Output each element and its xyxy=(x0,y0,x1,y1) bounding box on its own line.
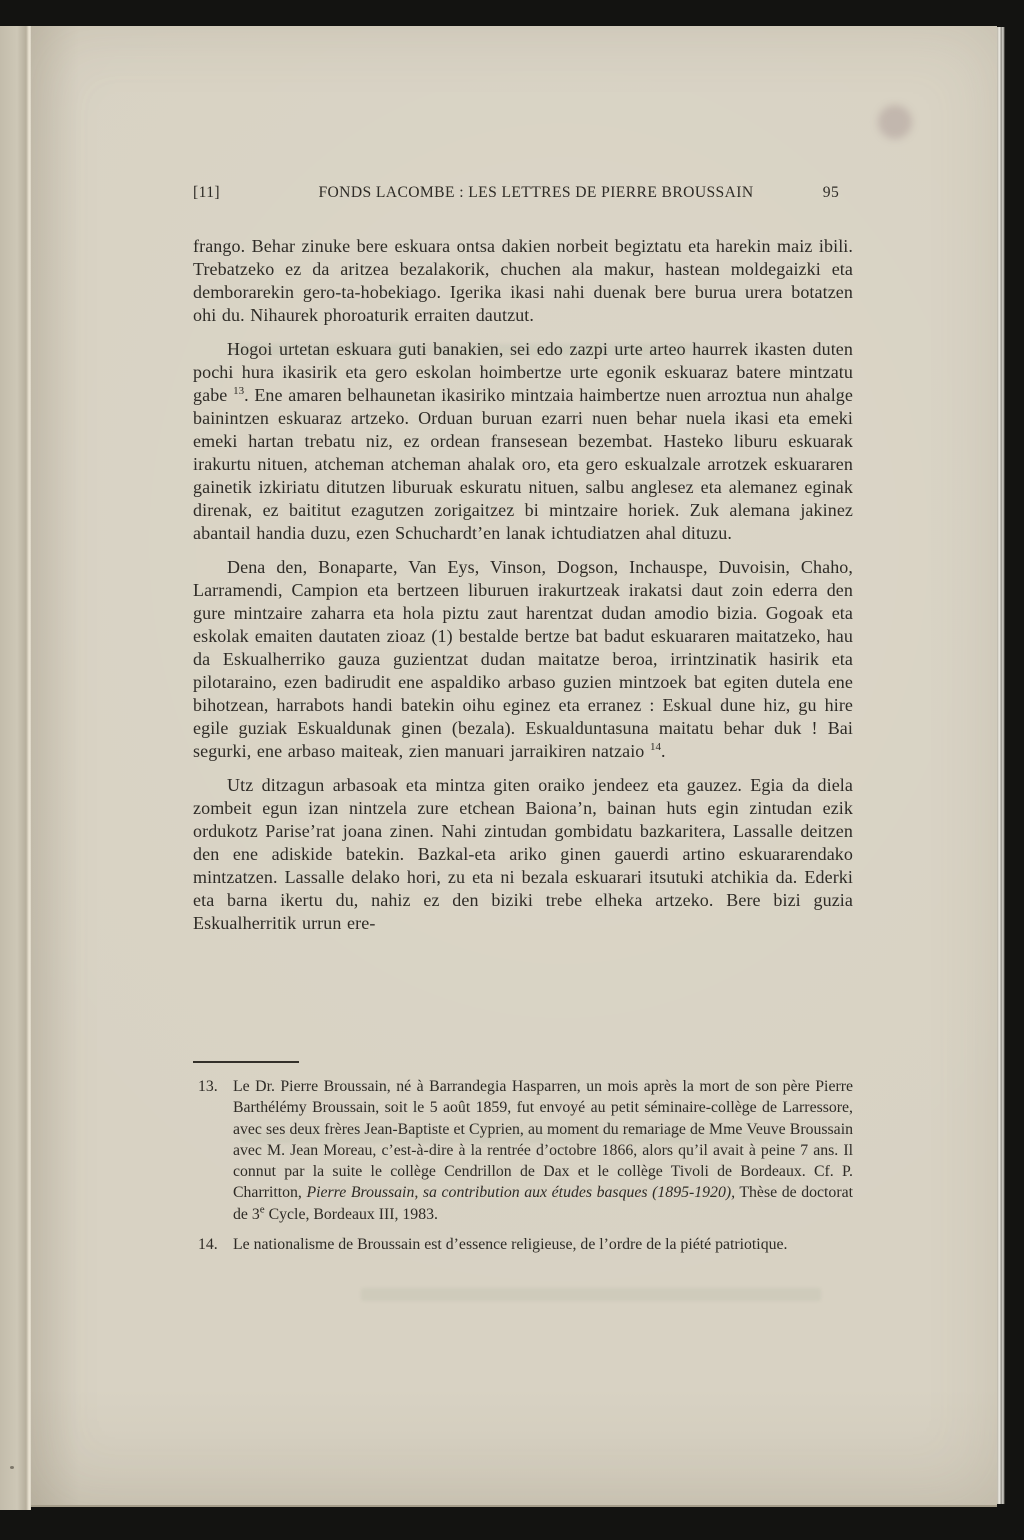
paragraph-3-text: Dena den, Bonaparte, Van Eys, Vinson, Do… xyxy=(193,557,853,761)
paper-speck xyxy=(10,1466,14,1469)
paper-stain xyxy=(878,105,912,139)
footnote-text: Le Dr. Pierre Broussain, né à Barrandegi… xyxy=(233,1076,853,1225)
paragraph-1: frango. Behar zinuke bere eskuara ontsa … xyxy=(193,235,853,327)
book-scan-background: [11] FONDS LACOMBE : LES LETTRES DE PIER… xyxy=(0,0,1024,1540)
footnote-13-body: Le Dr. Pierre Broussain, né à Barrandegi… xyxy=(233,1078,853,1201)
book-page: [11] FONDS LACOMBE : LES LETTRES DE PIER… xyxy=(31,26,997,1507)
facing-page-edge xyxy=(0,26,31,1510)
paragraph-4: Utz ditzagun arbasoak eta mintza giten o… xyxy=(193,774,853,935)
footnote-13: 13. Le Dr. Pierre Broussain, né à Barran… xyxy=(193,1076,853,1225)
footnote-number: 14. xyxy=(193,1234,233,1255)
footnote-13-cited-title: Pierre Broussain, sa contribution aux ét… xyxy=(306,1184,735,1201)
footnotes: 13. Le Dr. Pierre Broussain, né à Barran… xyxy=(193,1076,853,1264)
paragraph-3: Dena den, Bonaparte, Van Eys, Vinson, Do… xyxy=(193,556,853,763)
paragraph-2-text: . Ene amaren belhaunetan ikasiriko mintz… xyxy=(193,385,853,543)
page-edges xyxy=(997,27,1005,1504)
footnote-separator xyxy=(193,1061,299,1063)
paragraph-3-text: . xyxy=(661,741,666,761)
footnote-number: 13. xyxy=(193,1076,233,1225)
footnote-ref-14: 14 xyxy=(650,741,661,753)
page-header: [11] FONDS LACOMBE : LES LETTRES DE PIER… xyxy=(193,184,853,202)
footnote-14: 14. Le nationalisme de Broussain est d’e… xyxy=(193,1234,853,1255)
body-text: frango. Behar zinuke bere eskuara ontsa … xyxy=(193,235,853,946)
footnote-13-body: Cycle, Bordeaux III, 1983. xyxy=(265,1206,438,1223)
footnote-text: Le nationalisme de Broussain est d’essen… xyxy=(233,1234,853,1255)
page-number: 95 xyxy=(809,184,853,202)
running-title: FONDS LACOMBE : LES LETTRES DE PIERRE BR… xyxy=(263,184,809,202)
paragraph-2: Hogoi urtetan eskuara guti banakien, sei… xyxy=(193,338,853,545)
footnote-ref-13: 13 xyxy=(233,385,244,397)
article-locator: [11] xyxy=(193,184,263,202)
ink-bleed-through xyxy=(361,1288,821,1301)
